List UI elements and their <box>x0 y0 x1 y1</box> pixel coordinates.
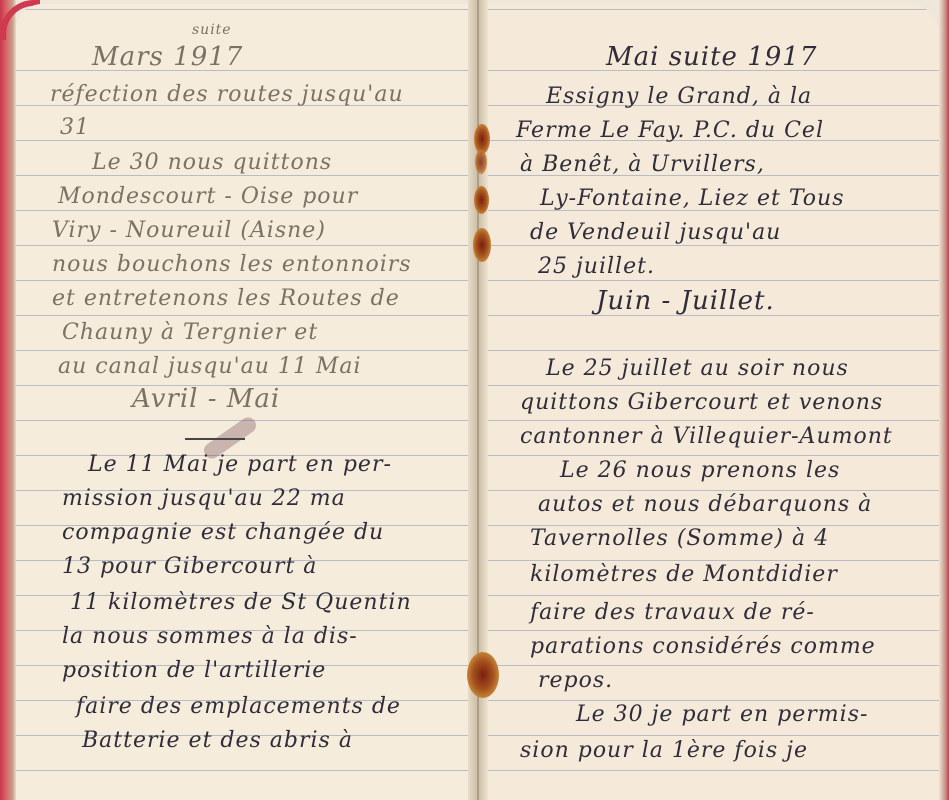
text-line: 25 juillet. <box>538 254 655 279</box>
text-line: Chauny à Tergnier et <box>62 320 318 345</box>
cover-edge-left <box>0 0 16 800</box>
text-line: Mondescourt - Oise pour <box>58 184 358 209</box>
stain-mark <box>467 652 499 698</box>
text-line: 11 kilomètres de St Quentin <box>70 590 412 615</box>
stain-mark <box>474 186 489 214</box>
text-line: de Vendeuil jusqu'au <box>530 220 781 245</box>
text-line: faire des emplacements de <box>76 694 401 719</box>
text-line: cantonner à Villequier-Aumont <box>520 424 893 449</box>
divider-rule <box>185 438 245 440</box>
text-line: 13 pour Gibercourt à <box>62 554 317 579</box>
section-heading: Avril - Mai <box>132 384 280 414</box>
text-line: Tavernolles (Somme) à 4 <box>530 526 829 551</box>
text-line: 31 <box>60 115 90 140</box>
section-heading: Juin - Juillet. <box>596 286 775 316</box>
cover-edge-right <box>939 0 949 800</box>
text-line: repos. <box>538 668 613 693</box>
text-line: Le 25 juillet au soir nous <box>546 356 849 381</box>
text-line: Le 26 nous prenons les <box>560 458 840 483</box>
text-line: et entretenons les Routes de <box>52 286 400 311</box>
text-line: Viry - Noureuil (Aisne) <box>52 218 326 243</box>
page-heading-left: Mars 1917 <box>92 42 243 72</box>
heading-insert: suite <box>192 22 232 38</box>
page-heading-right: Mai suite 1917 <box>606 42 817 72</box>
text-line: Le 30 je part en permis- <box>576 702 868 727</box>
text-line: autos et nous débarquons à <box>538 492 872 517</box>
text-line: faire des travaux de ré- <box>530 600 815 625</box>
text-line: kilomètres de Montdidier <box>530 562 838 587</box>
text-line: Le 30 nous quittons <box>92 150 332 175</box>
text-line: Batterie et des abris à <box>82 728 353 753</box>
text-line: quittons Gibercourt et venons <box>520 390 883 415</box>
text-line: réfection des routes jusqu'au <box>50 82 404 107</box>
text-line: à Benêt, à Urvillers, <box>520 152 765 177</box>
text-line: Ly-Fontaine, Liez et Tous <box>540 186 845 211</box>
stain-mark <box>473 228 491 262</box>
text-line: mission jusqu'au 22 ma <box>62 486 346 511</box>
text-line: au canal jusqu'au 11 Mai <box>58 354 362 379</box>
text-line: Ferme Le Fay. P.C. du Cel <box>516 118 824 143</box>
text-line: nous bouchons les entonnoirs <box>52 252 412 277</box>
text-line: Essigny le Grand, à la <box>546 84 812 109</box>
text-line: la nous sommes à la dis- <box>62 624 358 649</box>
text-line: position de l'artillerie <box>62 658 326 683</box>
text-line: parations considérés comme <box>530 634 876 659</box>
text-line: compagnie est changée du <box>62 520 384 545</box>
open-diary: suite Mars 1917 réfection des routes jus… <box>0 0 949 800</box>
stain-mark <box>475 150 487 174</box>
text-line: Le 11 Mai je part en per- <box>88 452 392 477</box>
text-line: sion pour la 1ère fois je <box>520 738 808 763</box>
